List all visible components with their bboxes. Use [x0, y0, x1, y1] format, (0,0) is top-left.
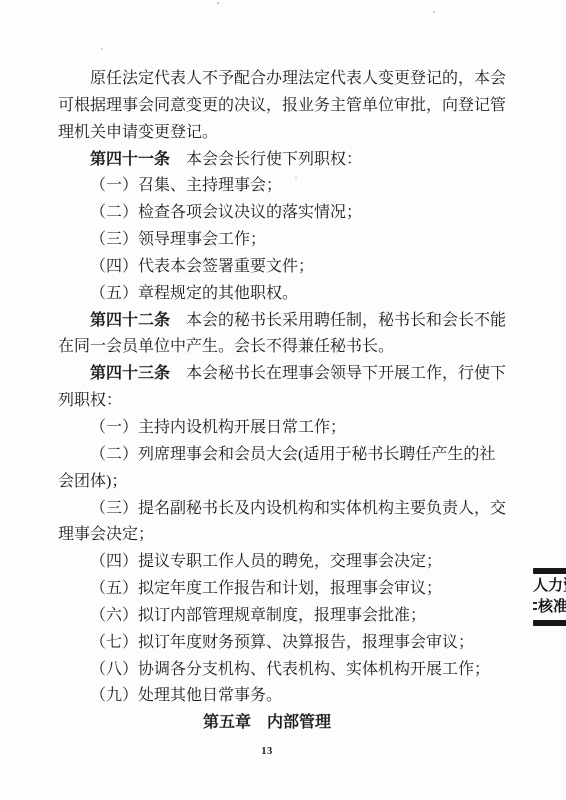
text-line: 理事会决定；	[58, 522, 510, 549]
text-line-content: （一）主持内设机构开展日常工作；	[90, 419, 346, 436]
list-item: （四）代表本会签署重要文件；	[58, 254, 510, 281]
text-line-content: （二）列席理事会和会员大会(适用于秘书长聘任产生的社	[90, 446, 495, 463]
text-line-content: （七）拟订年度财务预算、决算报告，报理事会审议；	[90, 634, 474, 651]
text-line: 原任法定代表人不予配合办理法定代表人变更登记的，本会	[58, 66, 510, 93]
list-item: （四）提议专职工作人员的聘免，交理事会决定；	[58, 549, 510, 576]
scan-speck	[217, 2, 219, 4]
text-line-content: （九）处理其他日常事务。	[90, 687, 282, 704]
text-line-content: 本会的秘书长采用聘任制，秘书长和会长不能	[170, 312, 506, 329]
text-line-content: （五）拟定年度工作报告和计划，报理事会审议；	[90, 580, 442, 597]
text-line-content: （三）提名副秘书长及内设机构和实体机构主要负责人，交	[90, 500, 506, 517]
article-number: 第四十一条	[90, 151, 170, 168]
text-line-content: （四）提议专职工作人员的聘免，交理事会决定；	[90, 553, 442, 570]
text-line: 可根据理事会同意变更的决议，报业务主管单位审批，向登记管	[58, 93, 510, 120]
article-number: 第四十三条	[90, 365, 170, 382]
stamp-text-line: 人力资	[533, 576, 566, 597]
document-body: 原任法定代表人不予配合办理法定代表人变更登记的，本会 可根据理事会同意变更的决议…	[58, 66, 510, 767]
text-line: 第四十一条 本会会长行使下列职权：	[58, 147, 510, 174]
stamp-text-content: 人力资	[533, 578, 566, 594]
text-line-content: （六）拟订内部管理规章制度，报理事会批准；	[90, 607, 426, 624]
approval-stamp: 人力资 核准	[533, 568, 566, 632]
scanned-document-page: 原任法定代表人不予配合办理法定代表人变更登记的，本会 可根据理事会同意变更的决议…	[0, 0, 566, 800]
list-item: （二）列席理事会和会员大会(适用于秘书长聘任产生的社	[58, 442, 510, 469]
list-item: （一）召集、主持理事会；	[58, 173, 510, 200]
chapter-heading: 第五章 内部管理	[41, 710, 493, 737]
page-number: 13	[41, 737, 493, 767]
text-line-content: （五）章程规定的其他职权。	[90, 285, 298, 302]
text-line-content: （四）代表本会签署重要文件；	[90, 258, 314, 275]
text-line-content: （三）领导理事会工作；	[90, 231, 266, 248]
text-line-content: 本会会长行使下列职权：	[170, 151, 362, 168]
stamp-text-content: 核准	[538, 599, 566, 615]
text-line-content: 原任法定代表人不予配合办理法定代表人变更登记的，本会	[90, 70, 506, 87]
text-line-content: 本会秘书长在理事会领导下开展工作，行使下	[170, 365, 506, 382]
text-line: 在同一会员单位中产生。会长不得兼任秘书长。	[58, 334, 510, 361]
stamp-border-top	[533, 568, 566, 574]
list-item: （九）处理其他日常事务。	[58, 683, 510, 710]
list-item: （二）检查各项会议决议的落实情况；	[58, 200, 510, 227]
list-item: （七）拟订年度财务预算、决算报告，报理事会审议；	[58, 630, 510, 657]
text-line-content: （一）召集、主持理事会；	[90, 177, 282, 194]
text-line-content: 可根据理事会同意变更的决议，报业务主管单位审批，向登记管	[58, 97, 506, 114]
page-number-text: 13	[261, 746, 273, 757]
text-line-content: 会团体)；	[58, 473, 127, 490]
list-item: （三）提名副秘书长及内设机构和实体机构主要负责人，交	[58, 496, 510, 523]
text-line-content: 列职权：	[58, 392, 122, 409]
chapter-heading-text: 第五章 内部管理	[203, 714, 331, 731]
list-item: （六）拟订内部管理规章制度，报理事会批准；	[58, 603, 510, 630]
article-number: 第四十二条	[90, 312, 170, 329]
stamp-tick-marks	[533, 600, 538, 613]
list-item: （五）章程规定的其他职权。	[58, 281, 510, 308]
stamp-border-bottom	[533, 620, 566, 626]
text-line-content: 在同一会员单位中产生。会长不得兼任秘书长。	[58, 338, 394, 355]
text-line: 会团体)；	[58, 469, 510, 496]
text-line: 理机关申请变更登记。	[58, 120, 510, 147]
list-item: （八）协调各分支机构、代表机构、实体机构开展工作；	[58, 657, 510, 684]
text-line-content: 理机关申请变更登记。	[58, 124, 218, 141]
text-line: 第四十二条 本会的秘书长采用聘任制，秘书长和会长不能	[58, 308, 510, 335]
text-line-content: 理事会决定；	[58, 526, 154, 543]
list-item: （三）领导理事会工作；	[58, 227, 510, 254]
text-line-content: （八）协调各分支机构、代表机构、实体机构开展工作；	[90, 661, 490, 678]
stamp-text-line: 核准	[533, 597, 566, 618]
text-line: 列职权：	[58, 388, 510, 415]
text-line-content: （二）检查各项会议决议的落实情况；	[90, 204, 362, 221]
text-line: 第四十三条 本会秘书长在理事会领导下开展工作，行使下	[58, 361, 510, 388]
list-item: （一）主持内设机构开展日常工作；	[58, 415, 510, 442]
list-item: （五）拟定年度工作报告和计划，报理事会审议；	[58, 576, 510, 603]
